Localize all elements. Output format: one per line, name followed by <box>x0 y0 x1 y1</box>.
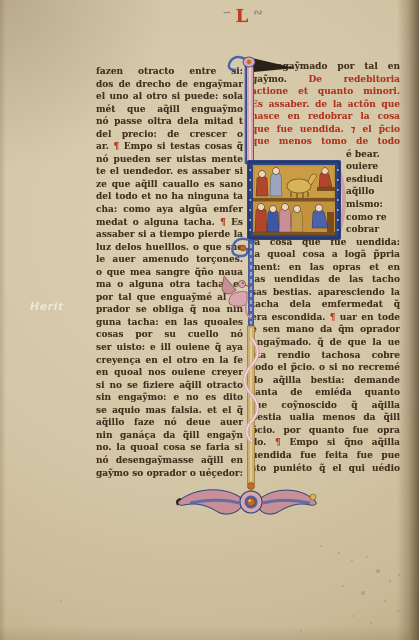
ink-text: guna tacha: en las quoales <box>96 318 243 328</box>
text-line: no. la quoal cosa se faria si <box>96 442 243 455</box>
ink-text: fazen otracto entre si: autorq̃ <box>96 67 243 79</box>
text-line: dos de drecho de engaỹmar <box>96 79 243 92</box>
text-column-left: fazen otracto entre si: autorq̃dos de dr… <box>96 66 243 480</box>
ink-text: sto puniéto q̃ el qui uédio <box>251 464 400 474</box>
text-line: nó pueden ser uistas mente <box>96 154 243 167</box>
text-line: la cosa que fue uendida: <box>251 237 400 250</box>
ink-text: p̃cio. por quanto fue opra <box>251 426 400 436</box>
text-line: mét que aq̃ill enguaỹmo <box>96 104 243 117</box>
text-line: del precio: de crescer o amĩgo <box>96 129 243 142</box>
ink-text: ser uisto: e ill ouiene q̃ aya <box>96 343 243 353</box>
ink-text: medat o alguna tacha. <box>96 218 220 228</box>
ink-text: ma o alguna otra tacha. et <box>96 280 243 290</box>
ink-text: en quoal nos ouiene creyer <box>96 368 243 378</box>
text-line: en quoal nos ouiene creyer <box>96 367 243 380</box>
text-line: assaber si a tiempo pierde la <box>96 229 243 242</box>
rubric-text: ¶ <box>330 313 340 323</box>
ink-text: como re <box>346 213 387 223</box>
text-line: sto puniéto q̃ el qui uédio <box>251 463 400 476</box>
page-edge-shadow-bottom <box>0 626 419 640</box>
text-line: ma o alguna otra tacha. et <box>96 279 243 292</box>
text-column-right: al engaỹmado por tal engaỹmo. De redebit… <box>251 61 400 475</box>
ink-text: é bear. <box>346 150 380 160</box>
text-line: o que mea sangre q̃ño naua <box>96 267 243 280</box>
text-line: mismo: <box>346 199 400 212</box>
page-edge-shadow-left <box>0 0 6 640</box>
rubric-text: actione et quanto minori. <box>251 87 400 97</box>
ink-text: la quoal cosa a logã p̃pria <box>251 250 400 260</box>
text-line: p̃cio. por quanto fue opra <box>251 425 400 438</box>
rubric-text: Es assaber. de la actõn que <box>251 100 400 110</box>
text-line: ar. ¶ Empo si testas cosas q̃ <box>96 141 243 154</box>
ink-text: aq̃illo faze nó deue auer <box>96 418 243 428</box>
text-line: que fue uendida. ⁊ el p̃cio <box>251 124 400 137</box>
ink-text: cha: como aya algũa emfer <box>96 205 243 215</box>
ink-text: bestia ualia menos da q̃ill <box>251 413 400 423</box>
ink-text: no. la quoal cosa se faria si <box>96 443 243 453</box>
text-line: ouiere <box>346 161 400 174</box>
rubric-text: nasce en redobrar la cosa <box>251 112 400 122</box>
text-line: creyença en el otro en la fe <box>96 355 243 368</box>
text-line: le auer amenudo torçones. <box>96 254 243 267</box>
ink-text: engaỹmado. q̃ de que la ue <box>251 338 400 348</box>
flourish-right: ∾ <box>253 6 261 19</box>
ink-text: del todo et no ha ninguna ta <box>96 192 243 202</box>
ink-text: sta rendio tachosa cobre <box>251 351 400 361</box>
text-line: Es assaber. de la actõn que <box>251 99 400 112</box>
ink-text: nó desengaỹmasse aq̃ill en <box>96 456 243 466</box>
text-line: do. ¶ Empo si q̃no aq̃illa <box>251 437 400 450</box>
text-line: fue coỹnoscido q̃ aq̃illa <box>251 400 400 413</box>
text-line: nin ganáça da q̃ill engaỹn <box>96 430 243 443</box>
watermark: Herit <box>30 300 64 313</box>
text-line: cha: como aya algũa emfer <box>96 204 243 217</box>
text-line: e sen mano da q̃m oprador <box>251 324 400 337</box>
parchment-speckles <box>0 0 2 2</box>
text-line: nasce en redobrar la cosa <box>251 111 400 124</box>
ink-text: uendida fue feita fue pue <box>251 451 400 461</box>
text-line: como re <box>346 212 400 225</box>
text-line: el uno al otro si puede: sola <box>96 91 243 104</box>
ink-text: el uno al otro si puede: sola <box>96 92 243 102</box>
manuscript-page: ∽L∾ Herit fazen otracto entre si: autorq… <box>0 0 419 640</box>
ink-text: se aquio mas falsia. et el q̃ <box>96 406 243 416</box>
text-line: tacha dela emfermedat q̃ <box>251 299 400 312</box>
text-line: luz delos huelllos. o que sue <box>96 242 243 255</box>
text-line: sta rendio tachosa cobre <box>251 350 400 363</box>
ink-text: las uendidas de las tacho <box>251 275 400 285</box>
ink-text: esdiudi <box>346 175 383 185</box>
ink-text: tacha dela emfermedat q̃ <box>251 300 400 310</box>
text-line: uendida fue feita fue pue <box>251 450 400 463</box>
ink-text: do aq̃illa bestia: demande <box>251 376 400 386</box>
ink-text: mét que aq̃ill enguaỹmo <box>96 105 243 115</box>
text-line: del todo et no ha ninguna ta <box>96 191 243 204</box>
text-line: las uendidas de las tacho <box>251 274 400 287</box>
text-line: sin engaỹmo: e no es dito <box>96 392 243 405</box>
text-line: prador se obliga q̃ noa nin <box>96 304 243 317</box>
flourish-left: ∽ <box>222 6 230 19</box>
bottom-winged-finial <box>177 483 316 515</box>
text-line: te el uendedor. es assaber si di <box>96 166 243 179</box>
text-line: fazen otracto entre si: autorq̃ <box>96 66 243 79</box>
ink-text: cosas por su cuello nó pueden <box>96 330 243 342</box>
ink-text: dos de drecho de engaỹmar <box>96 80 243 90</box>
ink-text: fue coỹnoscido q̃ aq̃illa <box>251 401 400 411</box>
ink-text: sin engaỹmo: e no es dito <box>96 393 243 403</box>
rubric-text: que menos tomo de todo <box>251 137 400 147</box>
rubric-text: De redebitoria <box>308 75 400 85</box>
ink-text: cobrar <box>346 225 379 235</box>
ink-text: al engaỹmado por tal en <box>251 62 400 72</box>
ink-text: prador se obliga q̃ noa nin <box>96 305 243 315</box>
ink-text: era escondida. <box>251 313 330 323</box>
text-line: la quoal cosa a logã p̃pria <box>251 249 400 262</box>
rubric-text: ¶ <box>275 438 289 448</box>
text-line: bestia ualia menos da q̃ill <box>251 412 400 425</box>
text-line: engaỹmado. q̃ de que la ue <box>251 337 400 350</box>
text-line: ze que aq̃ill cauallo es sano <box>96 179 243 192</box>
ink-text: nó passe oltra dela mitad t <box>96 117 243 127</box>
ink-text: gaỹmo so oprador o uéçedor: <box>96 469 243 479</box>
text-line: tanta de emiéda quanto <box>251 387 400 400</box>
text-line: nó desengaỹmasse aq̃ill en <box>96 455 243 468</box>
text-line: ment: en las opras et en <box>251 262 400 275</box>
rubric-text: ¶ <box>220 218 231 228</box>
ink-text: aq̃illo <box>346 187 374 197</box>
text-line: é bear. <box>346 149 400 162</box>
text-line: todo el p̃cio. o si no recremé <box>251 362 400 375</box>
ink-text: todo el p̃cio. o si no recremé <box>251 363 400 373</box>
ink-text: Es <box>231 218 243 228</box>
folio-letter: L <box>231 6 254 27</box>
text-line: gaỹmo so oprador o uéçedor: <box>96 468 243 481</box>
rubric-text: ¶ <box>113 142 123 152</box>
ink-text: Empo si q̃no aq̃illa <box>290 438 400 448</box>
ink-text: sas bestias. aparesciendo la <box>251 288 400 298</box>
text-line: aq̃illo faze nó deue auer <box>96 417 243 430</box>
ink-text: o que mea sangre q̃ño naua <box>96 268 243 278</box>
ink-text: ar. <box>96 142 113 152</box>
text-line: sas bestias. aparesciendo la <box>251 287 400 300</box>
ink-text: do. <box>251 438 275 448</box>
ink-text: Empo si testas cosas q̃ <box>124 142 243 152</box>
text-line: gaỹmo. De redebitoria <box>251 74 400 87</box>
ink-text: si no se fiziere aq̃ill otracto <box>96 381 243 391</box>
ink-text: le auer amenudo torçones. <box>96 255 243 265</box>
text-line: cosas por su cuello nó pueden <box>96 329 243 342</box>
page-edge-shadow-right <box>397 0 419 640</box>
text-line: era escondida. ¶ uar en tode <box>251 312 400 325</box>
text-line: actione et quanto minori. <box>251 86 400 99</box>
ink-text: la cosa que fue uendida: <box>251 238 400 248</box>
ink-text: ze que aq̃ill cauallo es sano <box>96 180 243 190</box>
text-line: guna tacha: en las quoales <box>96 317 243 330</box>
text-line: esdiudi <box>346 174 400 187</box>
text-line: por tal que enguaỹmé al co <box>96 292 243 305</box>
ink-text: tanta de emiéda quanto <box>251 388 400 398</box>
text-line: do aq̃illa bestia: demande <box>251 375 400 388</box>
text-line: si no se fiziere aq̃ill otracto <box>96 380 243 393</box>
ink-text: nó pueden ser uistas mente <box>96 155 243 165</box>
text-line: se aquio mas falsia. et el q̃ <box>96 405 243 418</box>
text-line: ser uisto: e ill ouiene q̃ aya <box>96 342 243 355</box>
ink-text: mismo: <box>346 200 383 210</box>
ink-text: uar en tode <box>340 313 400 323</box>
text-line: nó passe oltra dela mitad t <box>96 116 243 129</box>
text-line: cobrar <box>346 224 400 237</box>
ink-text: creyença en el otro en la fe <box>96 356 243 366</box>
ink-text: ment: en las opras et en <box>251 263 400 273</box>
ink-text: por tal que enguaỹmé al co <box>96 293 243 303</box>
ink-text: e sen mano da q̃m oprador <box>251 325 400 335</box>
text-line: medat o alguna tacha. ¶ Es <box>96 217 243 230</box>
text-line: aq̃illo <box>346 186 400 199</box>
ink-text: gaỹmo. <box>251 75 308 85</box>
ink-text: ouiere <box>346 162 378 172</box>
ink-text: assaber si a tiempo pierde la <box>96 230 243 240</box>
text-line: que menos tomo de todo <box>251 136 400 149</box>
folio-ornament: ∽L∾ <box>198 6 286 32</box>
rubric-text: que fue uendida. ⁊ el p̃cio <box>251 125 400 135</box>
ink-text: del precio: de crescer o amĩgo <box>96 130 243 142</box>
ink-text: nin ganáça da q̃ill engaỹn <box>96 431 243 441</box>
ink-text: te el uendedor. es assaber si di <box>96 167 243 179</box>
text-line: al engaỹmado por tal en <box>251 61 400 74</box>
ink-text: luz delos huelllos. o que sue <box>96 243 243 253</box>
